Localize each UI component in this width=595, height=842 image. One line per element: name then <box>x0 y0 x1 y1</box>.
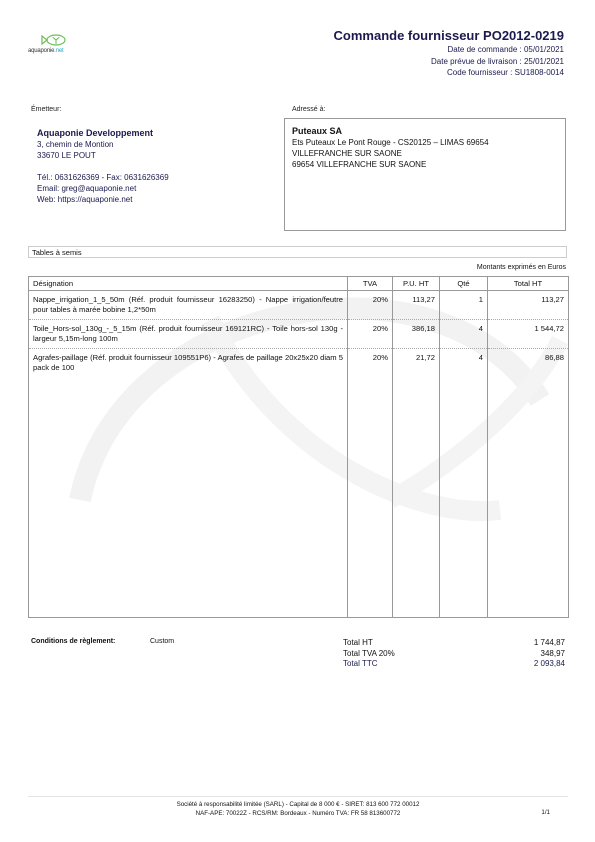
order-lines-table: Désignation TVA P.U. HT Qté Total HT Nap… <box>28 276 569 618</box>
recipient-line3: 69654 VILLEFRANCHE SUR SAONE <box>292 159 489 170</box>
sender-web: Web: https://aquaponie.net <box>37 194 169 205</box>
order-date: Date de commande : 05/01/2021 <box>447 45 564 54</box>
currency-note: Montants exprimés en Euros <box>477 264 566 271</box>
total-tva-row: Total TVA 20% 348,97 <box>343 649 565 660</box>
sender-phone: Tél.: 0631626369 - Fax: 0631626369 <box>37 172 169 183</box>
payment-terms-value: Custom <box>150 638 174 645</box>
line-pu-ht: 386,18 <box>393 320 440 349</box>
recipient-line1: Ets Puteaux Le Pont Rouge - CS20125 – LI… <box>292 137 489 148</box>
recipient-line2: VILLEFRANCHE SUR SAONE <box>292 148 489 159</box>
table-header-row: Désignation TVA P.U. HT Qté Total HT <box>29 277 569 291</box>
payment-terms-label: Conditions de règlement: <box>31 638 115 645</box>
supplier-code: Code fournisseur : SU1808-0014 <box>447 68 564 77</box>
total-tva-value: 348,97 <box>541 649 565 660</box>
recipient-label: Adressé à: <box>292 106 325 113</box>
line-tva: 20% <box>348 291 393 320</box>
line-pu-ht: 21,72 <box>393 349 440 618</box>
logo-text: aquaponie.net <box>28 48 63 54</box>
sender-address2: 33670 LE POUT <box>37 150 169 161</box>
document-title: Commande fournisseur PO2012-0219 <box>334 28 564 43</box>
total-tva-label: Total TVA 20% <box>343 649 395 660</box>
table-row: Nappe_irrigation_1_5_50m (Réf. produit f… <box>29 291 569 320</box>
total-ttc-value: 2 093,84 <box>534 659 565 670</box>
line-tva: 20% <box>348 320 393 349</box>
total-ttc-row: Total TTC 2 093,84 <box>343 659 565 670</box>
sender-address1: 3, chemin de Montion <box>37 139 169 150</box>
sender-name: Aquaponie Developpement <box>37 128 169 139</box>
sender-block: Aquaponie Developpement 3, chemin de Mon… <box>37 128 169 205</box>
total-ht-label: Total HT <box>343 638 373 649</box>
line-pu-ht: 113,27 <box>393 291 440 320</box>
table-row: Toile_Hors-sol_130g_-_5_15m (Réf. produi… <box>29 320 569 349</box>
recipient-block: Puteaux SA Ets Puteaux Le Pont Rouge - C… <box>292 126 489 170</box>
delivery-date: Date prévue de livraison : 25/01/2021 <box>431 57 564 66</box>
page-number: 1/1 <box>541 809 550 816</box>
line-designation: Agrafes-paillage (Réf. produit fournisse… <box>29 349 348 618</box>
line-total-ht: 1 544,72 <box>488 320 569 349</box>
logo-tld: .net <box>54 48 63 54</box>
table-row: Agrafes-paillage (Réf. produit fournisse… <box>29 349 569 618</box>
footer-divider <box>28 796 568 797</box>
col-pu-ht: P.U. HT <box>393 277 440 291</box>
line-qty: 1 <box>440 291 488 320</box>
col-designation: Désignation <box>29 277 348 291</box>
fish-plant-icon <box>41 33 67 47</box>
total-ttc-label: Total TTC <box>343 659 378 670</box>
logo-name: aquaponie <box>28 48 54 54</box>
line-total-ht: 113,27 <box>488 291 569 320</box>
footer-line1: Société à responsabilité limitée (SARL) … <box>28 800 568 809</box>
line-designation: Toile_Hors-sol_130g_-_5_15m (Réf. produi… <box>29 320 348 349</box>
sender-email: Email: greg@aquaponie.net <box>37 183 169 194</box>
recipient-name: Puteaux SA <box>292 126 489 137</box>
totals-block: Total HT 1 744,87 Total TVA 20% 348,97 T… <box>343 638 565 670</box>
line-designation: Nappe_irrigation_1_5_50m (Réf. produit f… <box>29 291 348 320</box>
footer-line2: NAF-APE: 70022Z - RCS/RM: Bordeaux - Num… <box>28 809 568 818</box>
line-total-ht: 86,88 <box>488 349 569 618</box>
footer-legal: Société à responsabilité limitée (SARL) … <box>28 800 568 818</box>
sender-label: Émetteur: <box>31 106 61 113</box>
total-ht-row: Total HT 1 744,87 <box>343 638 565 649</box>
total-ht-value: 1 744,87 <box>534 638 565 649</box>
col-qty: Qté <box>440 277 488 291</box>
line-qty: 4 <box>440 349 488 618</box>
section-title: Tables à semis <box>28 246 567 258</box>
line-qty: 4 <box>440 320 488 349</box>
col-tva: TVA <box>348 277 393 291</box>
col-total-ht: Total HT <box>488 277 569 291</box>
company-logo: aquaponie.net <box>28 32 80 56</box>
line-tva: 20% <box>348 349 393 618</box>
